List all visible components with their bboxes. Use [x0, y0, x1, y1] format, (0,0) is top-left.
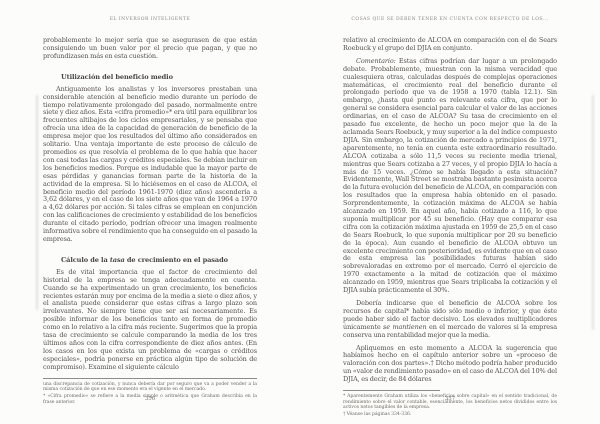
footnote-continuation: una discrepancia de cotización, y nunca …: [43, 382, 257, 393]
paragraph-average-earnings: Antiguamente los analistas y los inverso…: [43, 86, 257, 244]
running-header-right: COSAS QUE SE DEBEN TENER EN CUENTA CON R…: [343, 17, 557, 22]
heading-text: Cálculo de la: [61, 256, 110, 264]
paragraph-growth-rate: Es de vital importancia que el factor de…: [43, 269, 257, 372]
footnote-separator-right: [343, 390, 440, 391]
commentary-label: Comentario:: [356, 57, 396, 65]
heading-italic-word: tasa: [110, 256, 125, 264]
page-number-right: 357: [343, 396, 557, 402]
scan-artifact-left: [36, 95, 38, 310]
page-left: EL INVERSOR INTELIGENTE probablemente lo…: [43, 0, 257, 424]
page-right: COSAS QUE SE DEBEN TENER EN CUENTA CON R…: [343, 0, 557, 424]
scan-artifact-right: [592, 95, 594, 330]
footnote-separator-left: [43, 378, 257, 379]
paragraph-capital-earnings: Debería indicarse que el beneficio de AL…: [343, 300, 557, 340]
paragraph-continuation: probablemente lo mejor sería que se aseg…: [43, 37, 257, 61]
section-heading-average-earnings: Utilización del beneficio medio: [61, 73, 257, 81]
section-heading-growth-rate: Cálculo de la tasa de crecimiento en el …: [61, 256, 257, 264]
paragraph-italic-phrase: se mantienen: [383, 323, 426, 331]
heading-text: de crecimiento en el pasado: [125, 256, 228, 264]
running-header-left: EL INVERSOR INTELIGENTE: [43, 17, 257, 22]
commentary-text: Estas cifras podrían dar lugar a un prol…: [343, 57, 557, 294]
paragraph-continuation: relativo al crecimiento de ALCOA en comp…: [343, 37, 557, 53]
book-spread: EL INVERSOR INTELIGENTE probablemente lo…: [0, 0, 600, 424]
page-number-left: 356: [43, 396, 257, 402]
paragraph-two-part-appraisal: Apliquemos en este momento a ALCOA la su…: [343, 345, 557, 385]
paragraph-commentary: Comentario: Estas cifras podrían dar lug…: [343, 58, 557, 295]
footnote-see-pages: † Véanse las páginas 334-336.: [343, 412, 557, 418]
